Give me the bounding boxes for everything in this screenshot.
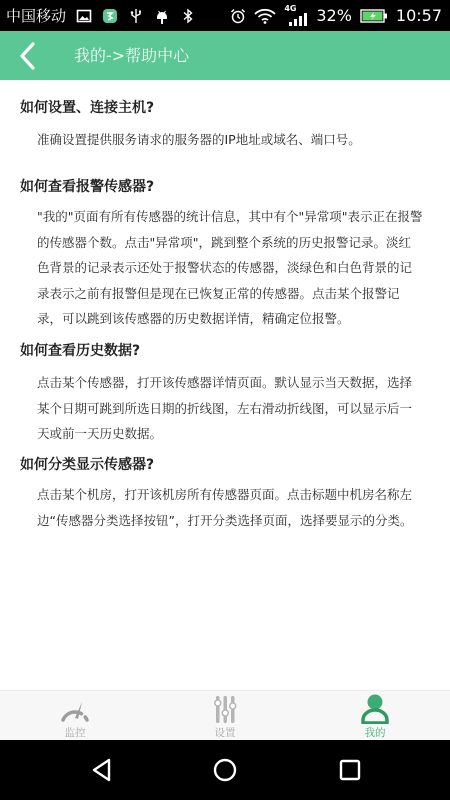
chevron-left-icon [14,39,44,73]
answer-line: "我的"页面有所有传感器的统计信息，其中有个"异常项"表示正在报警 [37,204,417,230]
answer-line: 录表示之前有报警但是现在已恢复正常的传感器。点击某个报警记 [37,281,417,307]
app-badge-icon [102,8,118,24]
bluetooth-icon [180,8,196,24]
tab-mine[interactable]: 我的 [300,691,450,740]
tab-monitor[interactable]: 监控 [0,691,150,740]
answer-line: 天或前一天历史数据。 [37,421,417,447]
faq-question: 如何分类显示传感器? [20,454,154,474]
answer-line: 录，可以跳到该传感器的历史数据详情，精确定位报警。 [37,306,417,332]
usb-icon [128,8,144,24]
answer-line: 点击某个传感器，打开该传感器详情页面。默认显示当天数据，选择 [37,370,417,396]
home-circle-icon[interactable] [211,756,239,784]
signal-icon [288,12,308,26]
help-content: 如何设置、连接主机? 准确设置提供服务请求的服务器的IP地址或域名、端口号。 如… [0,80,450,690]
faq-answer: "我的"页面有所有传感器的统计信息，其中有个"异常项"表示正在报警 的传感器个数… [37,204,417,332]
android-debug-icon [154,8,170,24]
recents-square-icon[interactable] [336,756,364,784]
app-header: 我的->帮助中心 [0,31,450,80]
system-navigation-bar [0,740,450,800]
faq-question: 如何设置、连接主机? [20,97,154,117]
faq-answer: 点击某个机房，打开该机房所有传感器页面。点击标题中机房名称左 边“传感器分类选择… [37,482,417,533]
image-icon [76,8,92,24]
faq-answer: 准确设置提供服务请求的服务器的IP地址或域名、端口号。 [37,127,417,153]
wifi-icon [254,8,276,24]
answer-line: 边“传感器分类选择按钮”，打开分类选择页面，选择要显示的分类。 [37,508,417,534]
status-bar: 中国移动 4G 32% 10:57 [0,0,450,31]
battery-percent: 32% [316,6,352,25]
user-icon [358,694,392,724]
signal-indicator: 4G [284,6,308,26]
answer-line: 点击某个机房，打开该机房所有传感器页面。点击标题中机房名称左 [37,482,417,508]
carrier-label: 中国移动 [6,5,66,26]
back-triangle-icon[interactable] [88,756,116,784]
tab-settings[interactable]: 设置 [150,691,300,740]
tab-label: 监控 [0,725,150,740]
answer-line: 准确设置提供服务请求的服务器的IP地址或域名、端口号。 [37,127,417,153]
sliders-icon [208,694,242,724]
answer-line: 色背景的记录表示还处于报警状态的传感器，淡绿色和白色背景的记 [37,255,417,281]
page-title: 我的->帮助中心 [74,31,189,80]
tab-label: 我的 [300,725,450,740]
answer-line: 某个日期可跳到所选日期的折线图，左右滑动折线图，可以显示后一 [37,396,417,422]
battery-charging-icon [360,9,388,23]
faq-answer: 点击某个传感器，打开该传感器详情页面。默认显示当天数据，选择 某个日期可跳到所选… [37,370,417,447]
clock: 10:57 [396,6,442,25]
answer-line: 的传感器个数。点击"异常项"，跳到整个系统的历史报警记录。淡红 [37,230,417,256]
faq-question: 如何查看报警传感器? [20,176,154,196]
alarm-icon [230,8,246,24]
faq-question: 如何查看历史数据? [20,340,140,360]
back-button[interactable] [14,39,44,73]
tab-label: 设置 [150,725,300,740]
bottom-tab-bar: 监控 设置 我的 [0,690,450,740]
speedometer-icon [58,694,92,724]
